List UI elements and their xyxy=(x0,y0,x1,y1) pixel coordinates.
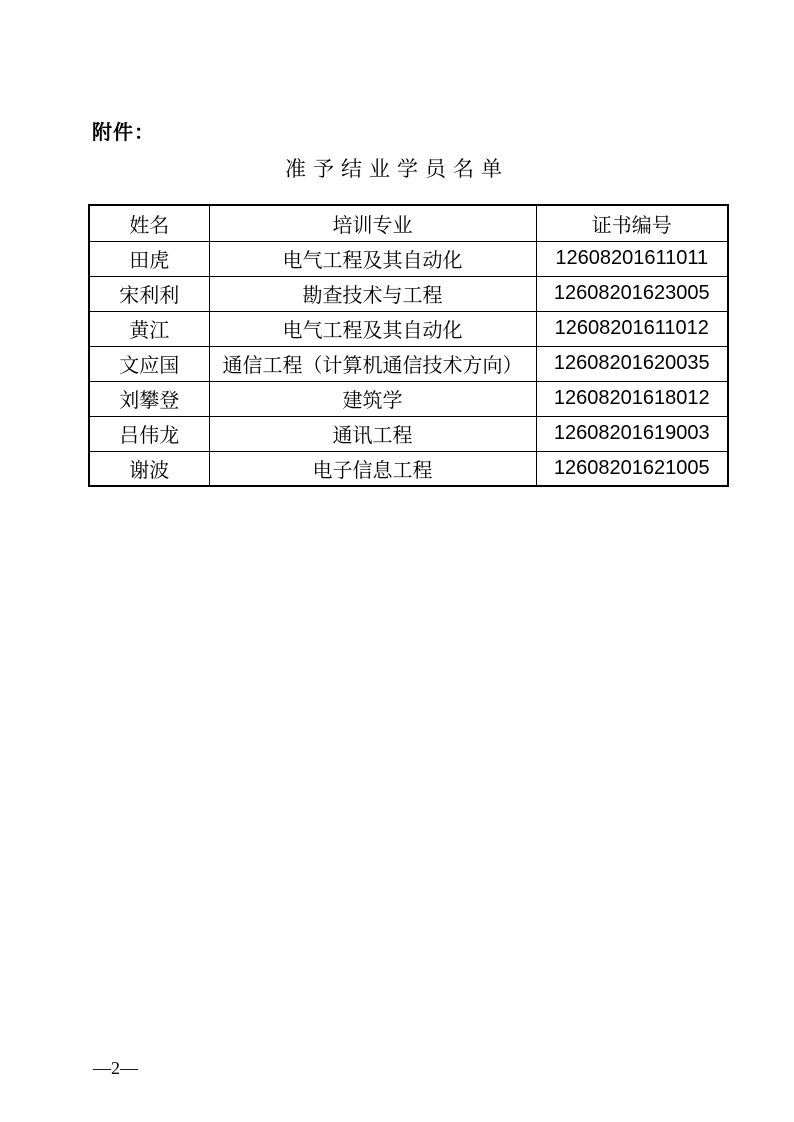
certificate-cell: 12608201621005 xyxy=(536,451,728,486)
certificate-cell: 12608201619003 xyxy=(536,416,728,451)
major-cell: 建筑学 xyxy=(209,381,536,416)
attachment-label: 附件： xyxy=(92,116,155,145)
certificate-cell: 12608201623005 xyxy=(536,276,728,311)
major-cell: 电气工程及其自动化 xyxy=(209,311,536,346)
major-cell: 通信工程（计算机通信技术方向） xyxy=(209,346,536,381)
name-cell: 吕伟龙 xyxy=(89,416,209,451)
name-cell: 刘攀登 xyxy=(89,381,209,416)
table-row: 田虎 电气工程及其自动化 12608201611011 xyxy=(89,241,728,276)
certificate-cell: 12608201611011 xyxy=(536,241,728,276)
table-row: 谢波 电子信息工程 12608201621005 xyxy=(89,451,728,486)
name-cell: 黄江 xyxy=(89,311,209,346)
certificate-cell: 12608201620035 xyxy=(536,346,728,381)
major-cell: 电子信息工程 xyxy=(209,451,536,486)
name-cell: 文应国 xyxy=(89,346,209,381)
header-major: 培训专业 xyxy=(209,205,536,241)
table-row: 黄江 电气工程及其自动化 12608201611012 xyxy=(89,311,728,346)
header-name: 姓名 xyxy=(89,205,209,241)
name-cell: 谢波 xyxy=(89,451,209,486)
table-row: 吕伟龙 通讯工程 12608201619003 xyxy=(89,416,728,451)
certificate-cell: 12608201611012 xyxy=(536,311,728,346)
document-title: 准予结业学员名单 xyxy=(0,153,794,183)
table-row: 文应国 通信工程（计算机通信技术方向） 12608201620035 xyxy=(89,346,728,381)
document-page: 附件： 准予结业学员名单 姓名 培训专业 证书编号 田虎 电气工程及其自动化 1… xyxy=(0,0,794,1122)
table-row: 宋利利 勘查技术与工程 12608201623005 xyxy=(89,276,728,311)
certificate-cell: 12608201618012 xyxy=(536,381,728,416)
table-row: 刘攀登 建筑学 12608201618012 xyxy=(89,381,728,416)
major-cell: 通讯工程 xyxy=(209,416,536,451)
name-cell: 宋利利 xyxy=(89,276,209,311)
major-cell: 电气工程及其自动化 xyxy=(209,241,536,276)
name-cell: 田虎 xyxy=(89,241,209,276)
roster-table: 姓名 培训专业 证书编号 田虎 电气工程及其自动化 12608201611011… xyxy=(88,204,729,487)
major-cell: 勘查技术与工程 xyxy=(209,276,536,311)
header-certificate: 证书编号 xyxy=(536,205,728,241)
page-number: —2— xyxy=(93,1058,138,1079)
table-header-row: 姓名 培训专业 证书编号 xyxy=(89,205,728,241)
